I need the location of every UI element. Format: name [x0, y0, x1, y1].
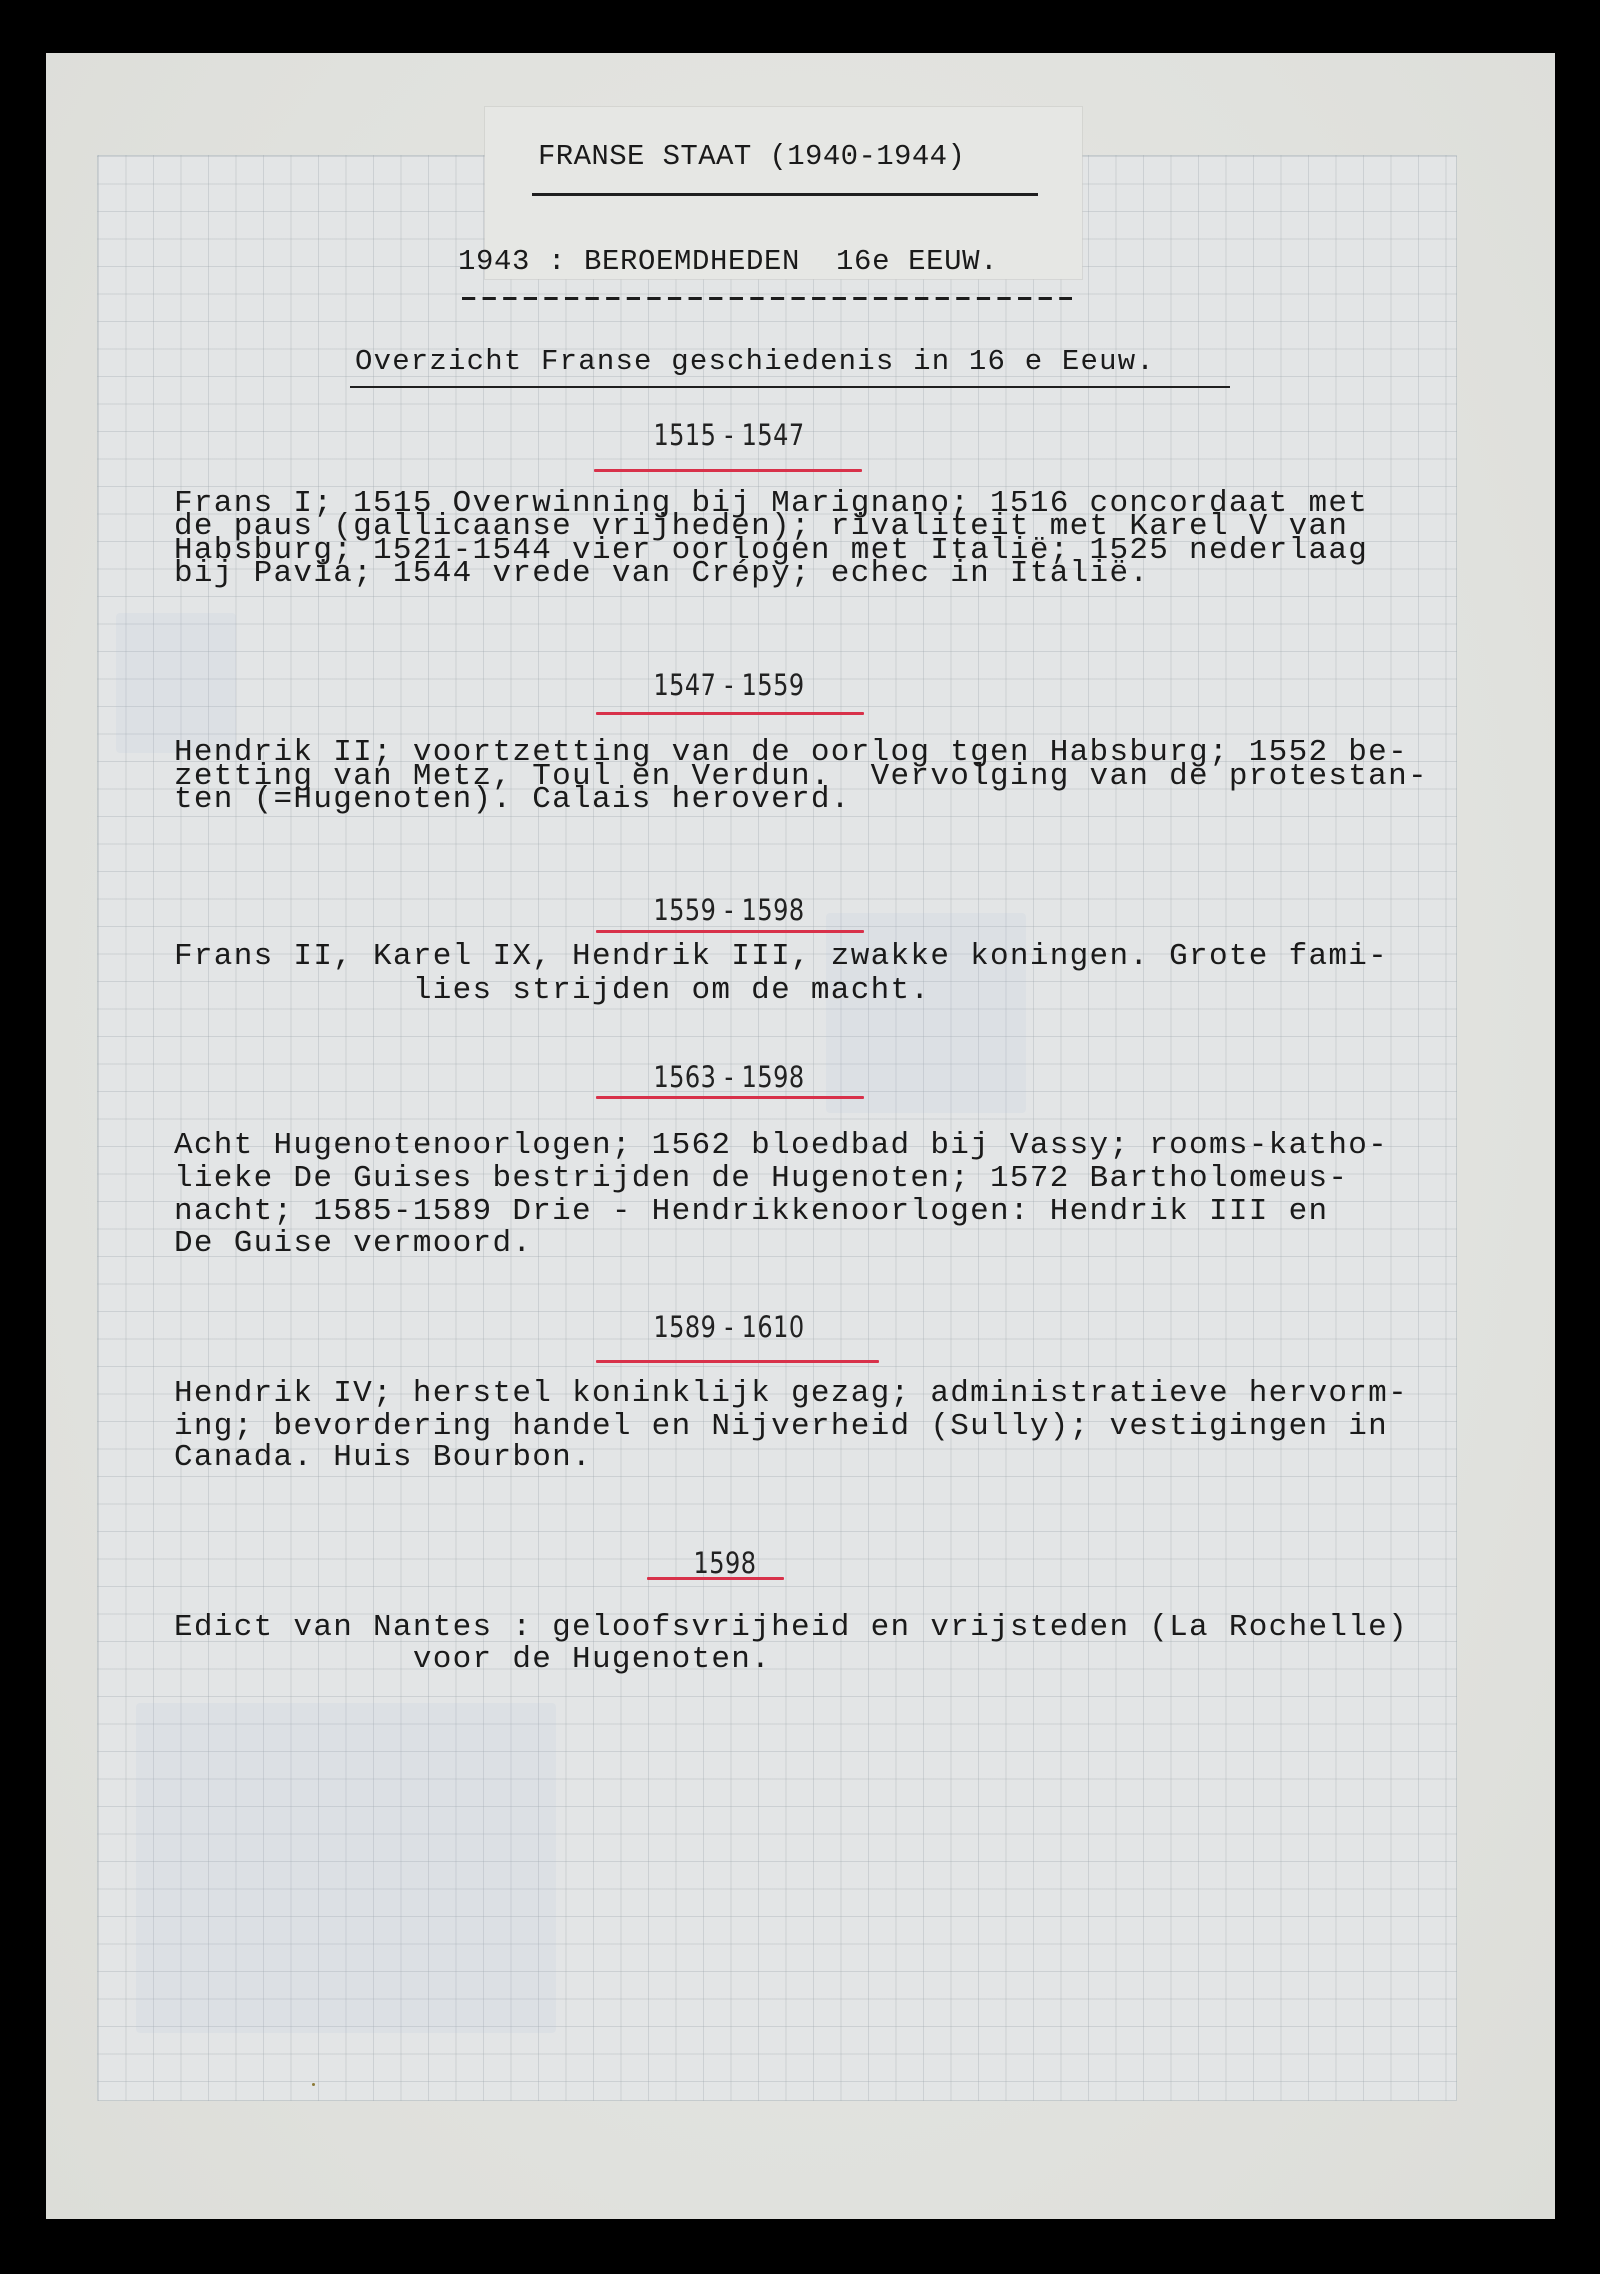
period-heading: 1589 - 1610: [601, 1310, 857, 1344]
period-red-underline: [647, 1577, 784, 1580]
bleed-through-shadow: [116, 613, 236, 753]
page-subtitle: 1943 : BEROEMDHEDEN 16e EEUW.: [458, 250, 998, 274]
body-line: Hendrik IV; herstel koninklijk gezag; ad…: [174, 1382, 1408, 1406]
period-heading: 1563 - 1598: [601, 1060, 857, 1094]
page-title: FRANSE STAAT (1940-1944): [538, 145, 965, 169]
body-line: Edict van Nantes : geloofsvrijheid en vr…: [174, 1616, 1408, 1640]
period-heading: 1598: [647, 1546, 803, 1580]
bleed-through-shadow: [136, 1703, 556, 2033]
period-red-underline: [596, 712, 864, 715]
period-red-underline: [596, 1096, 864, 1099]
period-heading: 1547 - 1559: [601, 668, 857, 702]
title-underline: [532, 193, 1038, 196]
paper-speck: [312, 2083, 315, 2086]
overview-underline: [350, 386, 1230, 388]
period-red-underline: [596, 1360, 879, 1363]
period-heading: 1559 - 1598: [601, 893, 857, 927]
body-line: lies strijden om de macht.: [174, 979, 930, 1003]
period-red-underline: [596, 930, 864, 933]
body-line: ten (=Hugenoten). Calais heroverd.: [174, 788, 851, 812]
period-heading: 1515 - 1547: [601, 418, 857, 452]
body-line: De Guise vermoord.: [174, 1232, 532, 1256]
body-line: ing; bevordering handel en Nijverheid (S…: [174, 1415, 1388, 1439]
body-line: Canada. Huis Bourbon.: [174, 1446, 592, 1470]
body-line: Frans II, Karel IX, Hendrik III, zwakke …: [174, 945, 1388, 969]
body-line: nacht; 1585-1589 Drie - Hendrikkenoorlog…: [174, 1200, 1328, 1224]
body-line: lieke De Guises bestrijden de Hugenoten;…: [174, 1167, 1348, 1191]
subtitle-dashed-underline: [462, 297, 1072, 300]
body-line: voor de Hugenoten.: [174, 1648, 771, 1672]
period-red-underline: [594, 469, 862, 472]
overview-heading: Overzicht Franse geschiedenis in 16 e Ee…: [355, 350, 1155, 374]
body-line: Acht Hugenotenoorlogen; 1562 bloedbad bi…: [174, 1134, 1388, 1158]
body-line: bij Pavia; 1544 vrede van Crépy; echec i…: [174, 562, 1149, 586]
